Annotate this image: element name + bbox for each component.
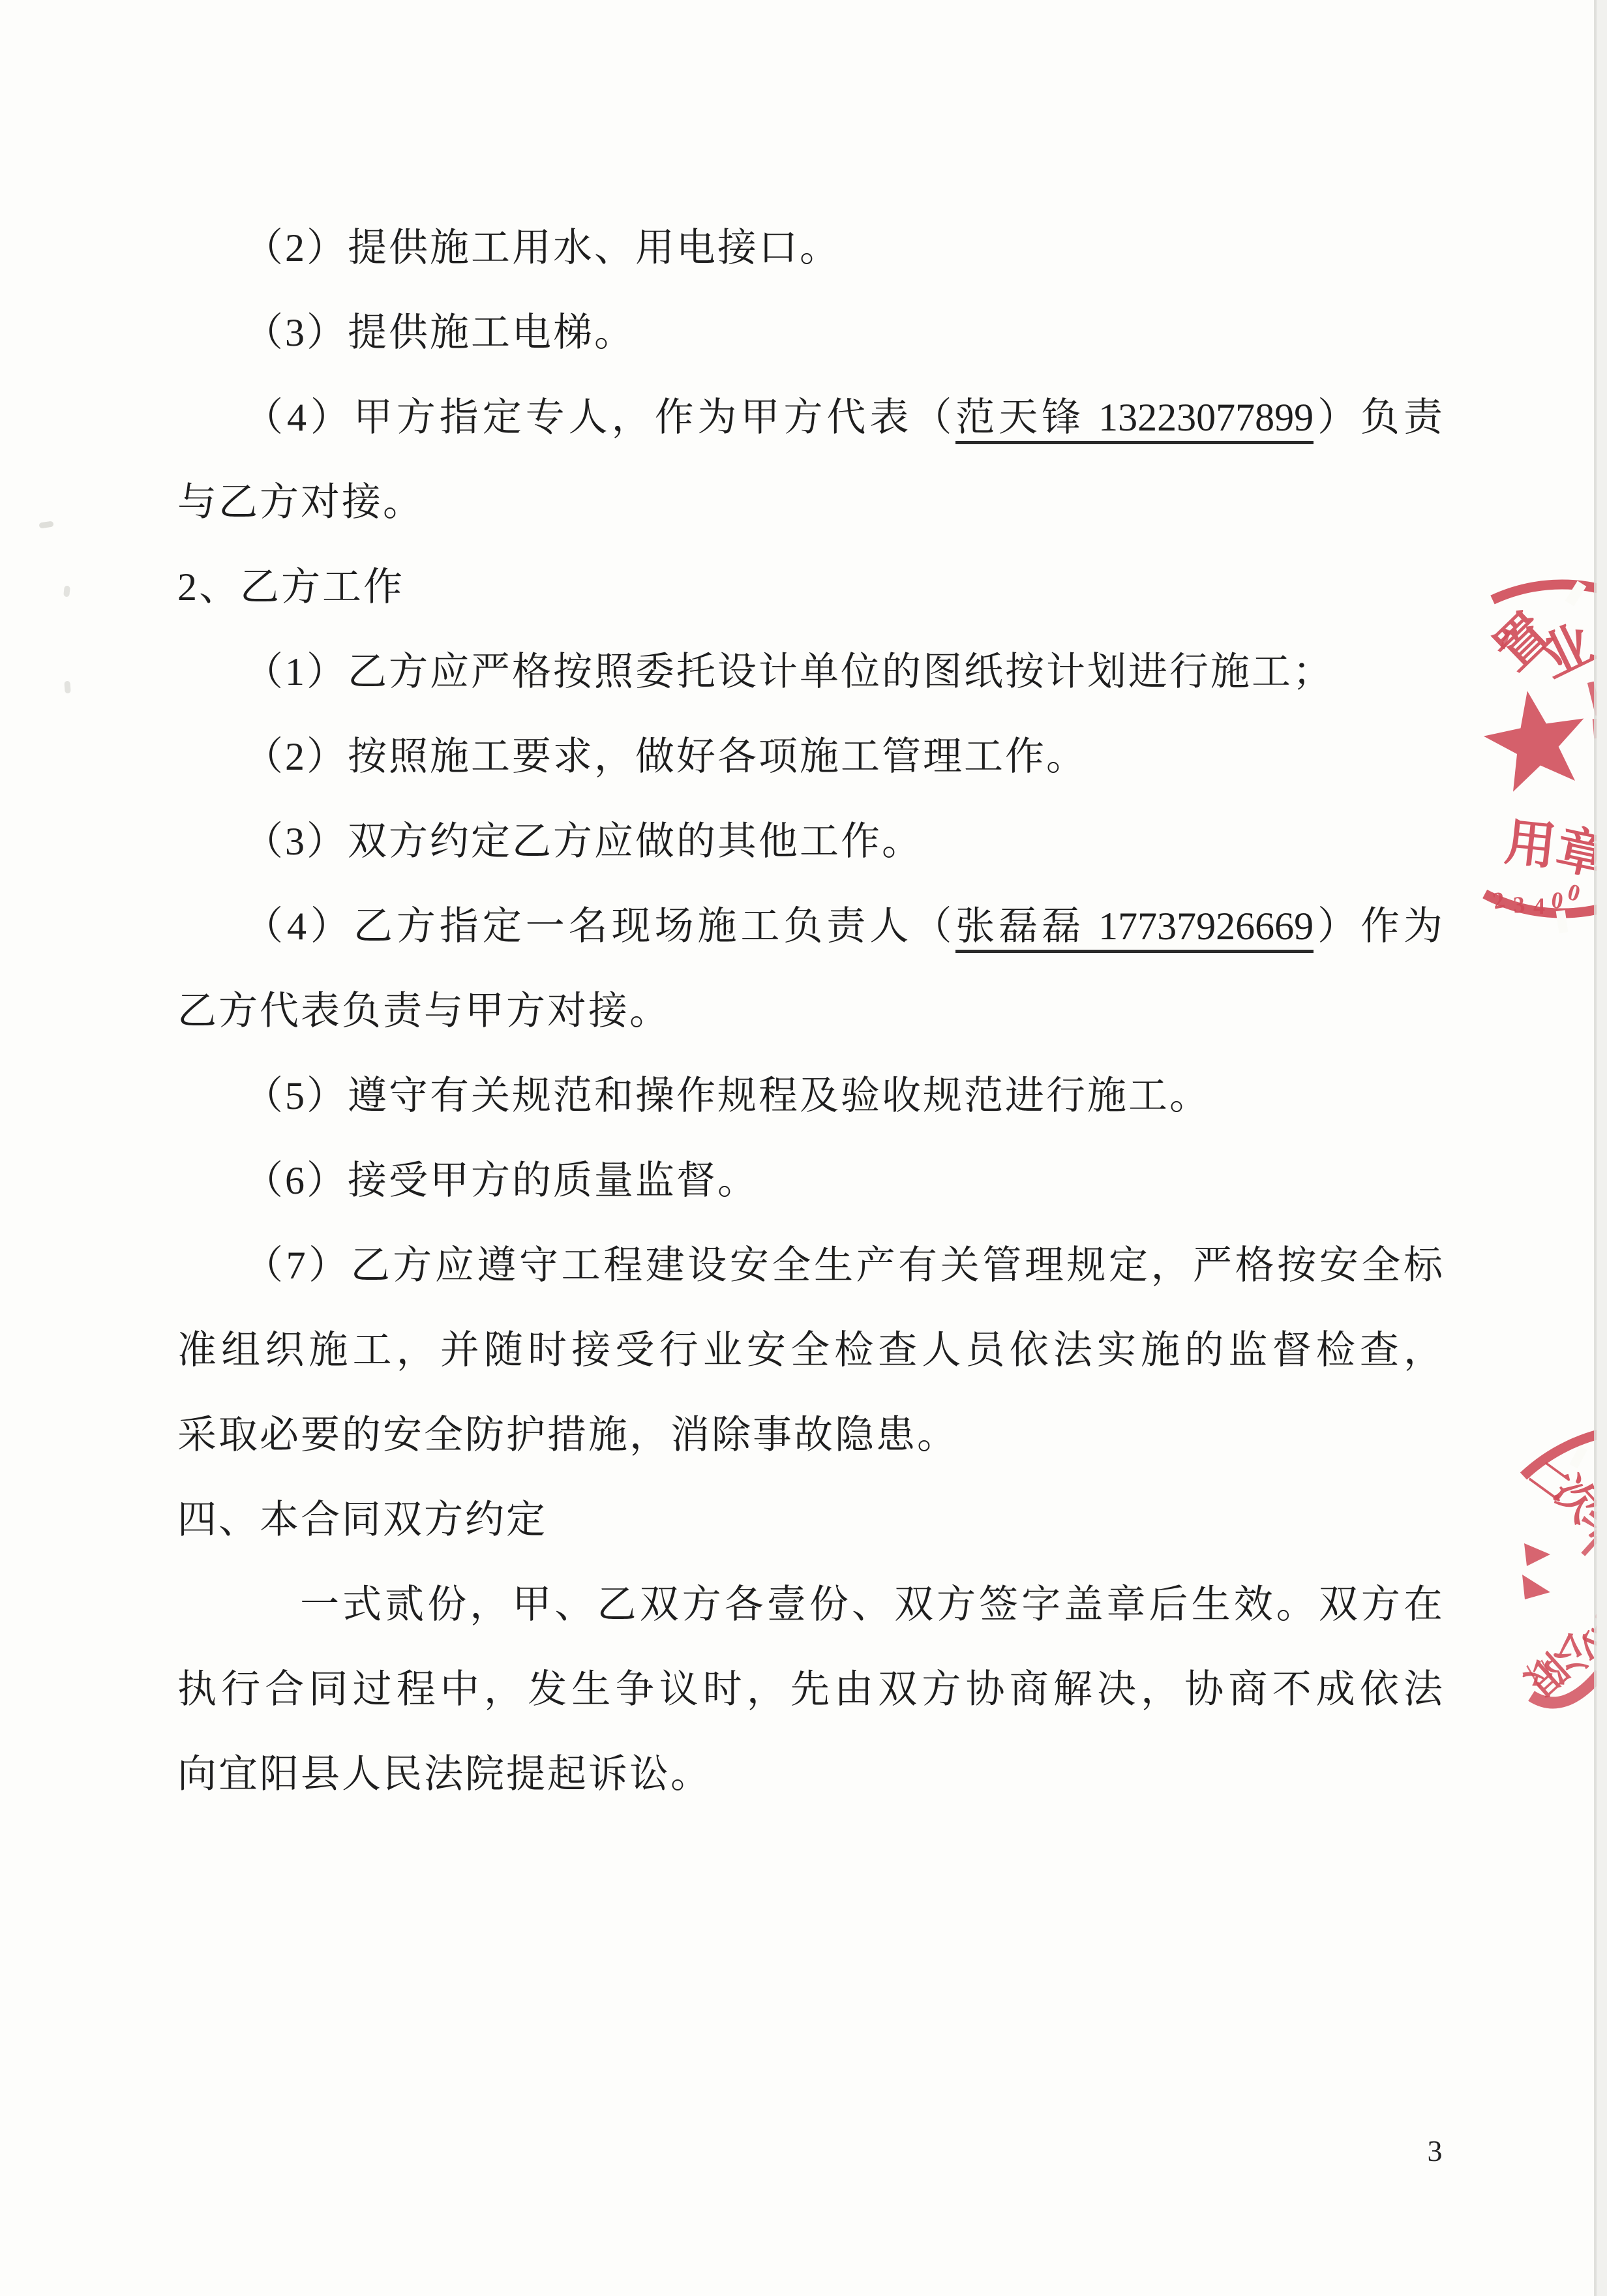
seal-center-char: 章 bbox=[1551, 820, 1597, 886]
text-line: 执行合同过程中，发生争议时，先由双方协商解决，协商不成依法 bbox=[177, 1647, 1443, 1732]
text-line: （1）乙方应严格按照委托设计单位的图纸按计划进行施工； bbox=[177, 629, 1443, 714]
text-line: （3）双方约定乙方应做的其他工作。 bbox=[177, 799, 1443, 884]
text-line: （6）接受甲方的质量监督。 bbox=[177, 1138, 1443, 1223]
text-line: 2、乙方工作 bbox=[177, 545, 1443, 629]
text-line: （2）按照施工要求，做好各项施工管理工作。 bbox=[177, 714, 1443, 799]
scanned-contract-page: （2）提供施工用水、用电接口。（3）提供施工电梯。（4）甲方指定专人，作为甲方代… bbox=[0, 0, 1607, 2296]
company-seal-stamp-top: 置 业 用 章 2 3 4 0 0 bbox=[1467, 548, 1597, 946]
svg-text:2: 2 bbox=[1491, 886, 1507, 914]
line-text: （1）乙方应严格按照委托设计单位的图纸按计划进行施工； bbox=[244, 650, 1334, 693]
underlined-contact: 范天锋 13223077899 bbox=[955, 396, 1314, 444]
text-line: 与乙方对接。 bbox=[177, 460, 1443, 545]
seal-ring-gap bbox=[1569, 1446, 1587, 1469]
line-text: （2）提供施工用水、用电接口。 bbox=[244, 226, 841, 269]
text-line: 四、本合同双方约定 bbox=[177, 1477, 1443, 1562]
document-body: （2）提供施工用水、用电接口。（3）提供施工电梯。（4）甲方指定专人，作为甲方代… bbox=[177, 205, 1443, 1817]
text-line: 准组织施工，并随时接受行业安全检查人员依法实施的监督检查， bbox=[177, 1308, 1443, 1393]
text-line: （2）提供施工用水、用电接口。 bbox=[177, 205, 1443, 290]
seal-star-icon bbox=[1484, 691, 1584, 792]
seal-star-fragment bbox=[1522, 1575, 1550, 1599]
line-text: ）负责 bbox=[1314, 396, 1443, 439]
text-line: （7）乙方应遵守工程建设安全生产有关管理规定，严格按安全标 bbox=[177, 1223, 1443, 1308]
line-text: 采取必要的安全防护措施，消除事故隐患。 bbox=[177, 1413, 958, 1457]
line-text: 与乙方对接。 bbox=[177, 481, 424, 524]
line-text: （6）接受甲方的质量监督。 bbox=[244, 1159, 758, 1202]
line-text: 执行合同过程中，发生争议时，先由双方协商解决，协商不成依法 bbox=[177, 1668, 1443, 1711]
page-number: 3 bbox=[1415, 2132, 1454, 2171]
text-line: （3）提供施工电梯。 bbox=[177, 290, 1443, 375]
line-text: 四、本合同双方约定 bbox=[177, 1498, 547, 1541]
line-text: （3）双方约定乙方应做的其他工作。 bbox=[244, 820, 923, 863]
svg-text:3: 3 bbox=[1512, 891, 1526, 918]
line-text: 2、乙方工作 bbox=[177, 566, 404, 609]
line-text: （5）遵守有关规范和操作规程及验收规范进行施工。 bbox=[244, 1074, 1210, 1117]
text-line: 一式贰份，甲、乙双方各壹份、双方签字盖章后生效。双方在 bbox=[177, 1562, 1443, 1647]
text-line: （4）甲方指定专人，作为甲方代表（范天锋 13223077899）负责 bbox=[177, 375, 1443, 460]
scan-speck bbox=[64, 681, 70, 694]
line-text: 一式贰份，甲、乙双方各壹份、双方签字盖章后生效。双方在 bbox=[300, 1583, 1443, 1626]
line-text: 准组织施工，并随时接受行业安全检查人员依法实施的监督检查， bbox=[177, 1329, 1443, 1372]
scan-speck bbox=[38, 521, 53, 529]
svg-text:4: 4 bbox=[1533, 893, 1545, 919]
scan-speck bbox=[63, 586, 70, 597]
line-text: 乙方代表负责与甲方对接。 bbox=[177, 989, 670, 1033]
text-line: 采取必要的安全防护措施，消除事故隐患。 bbox=[177, 1393, 1443, 1477]
line-text: （7）乙方应遵守工程建设安全生产有关管理规定，严格按安全标 bbox=[244, 1244, 1443, 1287]
line-text: （4）乙方指定一名现场施工负责人（ bbox=[244, 905, 955, 948]
company-seal-stamp-bottom: 二 次 结 限 公 司 二 bbox=[1467, 1422, 1597, 1715]
text-line: （5）遵守有关规范和操作规程及验收规范进行施工。 bbox=[177, 1053, 1443, 1138]
svg-text:0: 0 bbox=[1565, 879, 1583, 907]
line-text: 向宜阳县人民法院提起诉讼。 bbox=[177, 1753, 712, 1796]
text-line: 乙方代表负责与甲方对接。 bbox=[177, 969, 1443, 1053]
text-line: （4）乙方指定一名现场施工负责人（张磊磊 17737926669）作为 bbox=[177, 884, 1443, 969]
line-text: （3）提供施工电梯。 bbox=[244, 311, 635, 354]
line-text: （4）甲方指定专人，作为甲方代表（ bbox=[244, 396, 955, 439]
line-text: （2）按照施工要求，做好各项施工管理工作。 bbox=[244, 735, 1087, 778]
underlined-contact: 张磊磊 17737926669 bbox=[955, 905, 1314, 953]
seal-center-char: 用 bbox=[1502, 813, 1559, 875]
seal-star-fragment bbox=[1524, 1543, 1550, 1566]
scan-edge-strip bbox=[1597, 0, 1607, 2296]
line-text: ）作为 bbox=[1314, 905, 1443, 948]
text-line: 向宜阳县人民法院提起诉讼。 bbox=[177, 1732, 1443, 1817]
